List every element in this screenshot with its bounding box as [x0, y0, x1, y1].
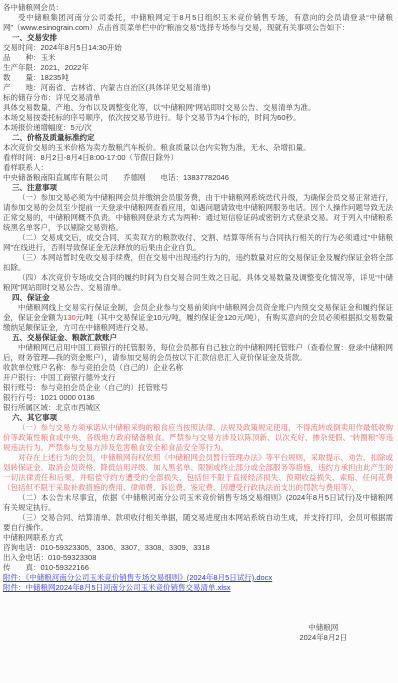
signature-org: 中储粮网 [299, 623, 347, 633]
note-paragraph: （四）本次竞价专场成交合同的履约时间为自交易合同生效之日起。具体交易数量及调整变… [3, 273, 393, 293]
trade-time-line: 交易时间：2024年8月5日14:30开始 [3, 43, 393, 53]
fax-line: 传 真：010-59322166 [3, 563, 393, 573]
custody-paragraph: 中储粮网已启用中国工商银行的托管服务，每位会员都有自己独立的中储粮网托管账户（查… [3, 343, 393, 363]
misc-paragraph: （二）本公告未尽事宜，依据《中储粮河南分公司玉米竞价销售专场交易细则》(2024… [3, 493, 393, 513]
consult-phone-line: 咨询电话：010-59323305、3306、3307、3308、3309、33… [3, 543, 393, 553]
origin-line: 产 地：河南省、吉林省、内蒙古自治区(具体详见交易清单) [3, 83, 393, 93]
note-paragraph: （一）参加交易必须为中储粮网会员并缴纳会员服务费，由于中储粮网系统迭代升级，为确… [3, 193, 393, 233]
intro-paragraph: 受中储粮集团河南分公司委托，中储粮网定于8月5日组织玉米竞价销售专场，有意向的会… [3, 13, 393, 33]
sample-time-line: 看样时间：8月2日-8月4日8:00-17:00（节假日除外） [3, 153, 393, 163]
attachment-list-link[interactable]: 附件：中储粮网2024年8月5日河南分公司玉米竞价销售交易清单.xlsx [3, 583, 231, 592]
bid-increment-line: 本场报价递增幅度：5元/次 [3, 123, 393, 133]
variety-line: 品 种：玉米 [3, 53, 393, 63]
note-paragraph: （三）本网站暂时免收交易手续费，但在交易中出现违约行为的，违约数量对应的交易保证… [3, 253, 393, 273]
production-year-line: 生产年限：2021、2022年 [3, 63, 393, 73]
contact-title: 中储粮网联系方式 [3, 533, 393, 543]
note-paragraph: （二）交易成交后，成交合同、买卖双方的粮款收付、交割、结算等所有与合同执行相关的… [3, 233, 393, 253]
price-quality-line: 本次竞价交易的玉米价格为卖方散粮汽车板价。粮食质量以仓内实物为准，无水、杂增扣量… [3, 143, 393, 153]
funds-phone-line: 出入金电话：010-59323308 [3, 553, 393, 563]
section-4-heading: 四、保证金 [3, 293, 393, 303]
sample-contact-line: 中央储备粮南阳直属库有限公司 乔德刚 电话：13837782046 [3, 173, 393, 183]
signature-date: 2024年8月2日 [299, 633, 347, 643]
section-5-heading: 五、交易保证金、粮款汇款账户 [3, 333, 393, 343]
misc-paragraph: （三）交易合同、结算清单、款项收付相关单据，随交易进度由本网站系统自动生成，并支… [3, 513, 393, 533]
section-6-heading: 六、其它事项 [3, 413, 393, 423]
deposit-paragraph: 中储粮网线上交易实行保证金制，会员企业参与交易前须向中储粮网会员资金账户内预交交… [3, 303, 393, 333]
attachment-row: 附件：《中储粮河南分公司玉米竞价销售专场交易细则》(2024年8月5日试行).d… [3, 573, 393, 583]
adjustment-notice-line: 具体交易数量、产地、分布以及调整变化等，以“中储粮网”网站即时交易公告、交易清单… [3, 103, 393, 113]
storage-distribution-line: 标的储存分布：详见交易清单 [3, 93, 393, 103]
account-name-line: 收款单位账户名称：参与竞拍会员（自己的）企业名称 [3, 363, 393, 373]
bank-code-line: 银行行号：1021 0000 0136 [3, 393, 393, 403]
bank-region-line: 银行所属区域：北京市西城区 [3, 403, 393, 413]
attachment-rules-link[interactable]: 附件：《中储粮河南分公司玉米竞价销售专场交易细则》(2024年8月5日试行).d… [3, 573, 272, 582]
bank-name-line: 开户银行：中国工商银行德外支行 [3, 373, 393, 383]
section-2-heading: 二、价格及质量标准约定 [3, 133, 393, 143]
warning-paragraph: （一）参与交易方须承诺从中储粮采购的粮食应当按照法律、法规及政策规定使用，不得流… [3, 423, 393, 453]
section-1-heading: 一、交易安排 [3, 33, 393, 43]
salutation: 各中储粮网会员： [3, 3, 393, 13]
session-rule-line: 本场交易按委托标的序号顺序，依次按交易节进行。每个交易节为4个标的，时间为60秒… [3, 113, 393, 123]
section-3-heading: 三、注意事项 [3, 183, 393, 193]
deposit-amount: 130 [63, 313, 76, 322]
attachment-row: 附件：中储粮网2024年8月5日河南分公司玉米竞价销售交易清单.xlsx [3, 583, 393, 593]
penalty-paragraph: 对存在上述行为的会员，中储粮网有权依照《中储粮网会员暂行管理办法》等平台规则，采… [3, 453, 393, 493]
announcement-document: 各中储粮网会员： 受中储粮集团河南分公司委托，中储粮网定于8月5日组织玉米竞价销… [0, 0, 398, 683]
quantity-line: 数 量：18235吨 [3, 73, 393, 83]
bank-account-line: 银行账号：参与竞拍会员企业（自己的）托管账号 [3, 383, 393, 393]
signature-block: 中储粮网 2024年8月2日 [299, 623, 347, 643]
sample-contact-label: 看样联系人： [3, 163, 393, 173]
